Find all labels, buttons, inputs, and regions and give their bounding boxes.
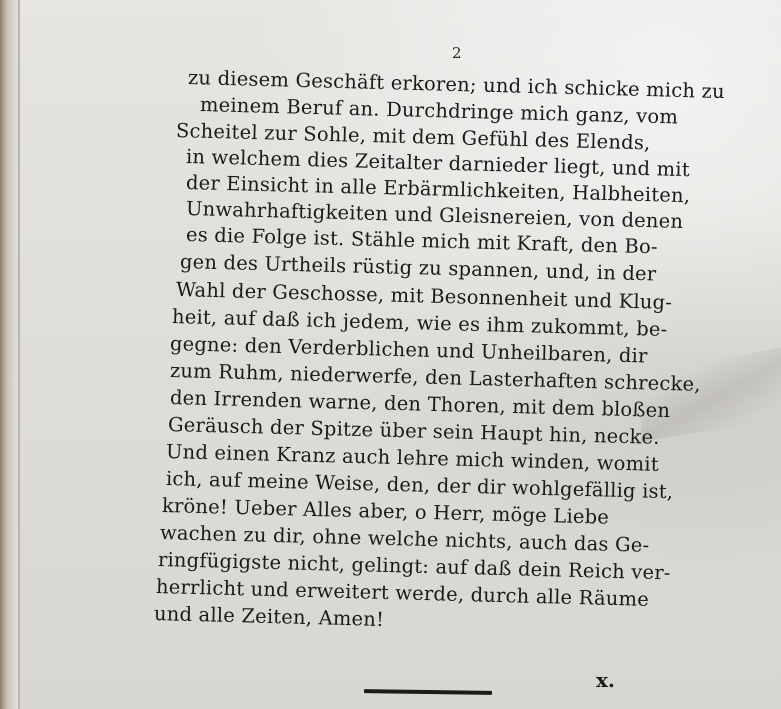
paper-fold-shadow (641, 348, 781, 443)
book-spine-edge (0, 0, 20, 709)
signature-mark: x. (596, 668, 615, 692)
text-line: und alle Zeiten, Amen! (154, 602, 385, 631)
book-page: 2 zu diesem Geschäft erkoren; und ich sc… (0, 0, 781, 709)
page-number: 2 (452, 44, 462, 62)
section-divider-rule (364, 689, 492, 695)
